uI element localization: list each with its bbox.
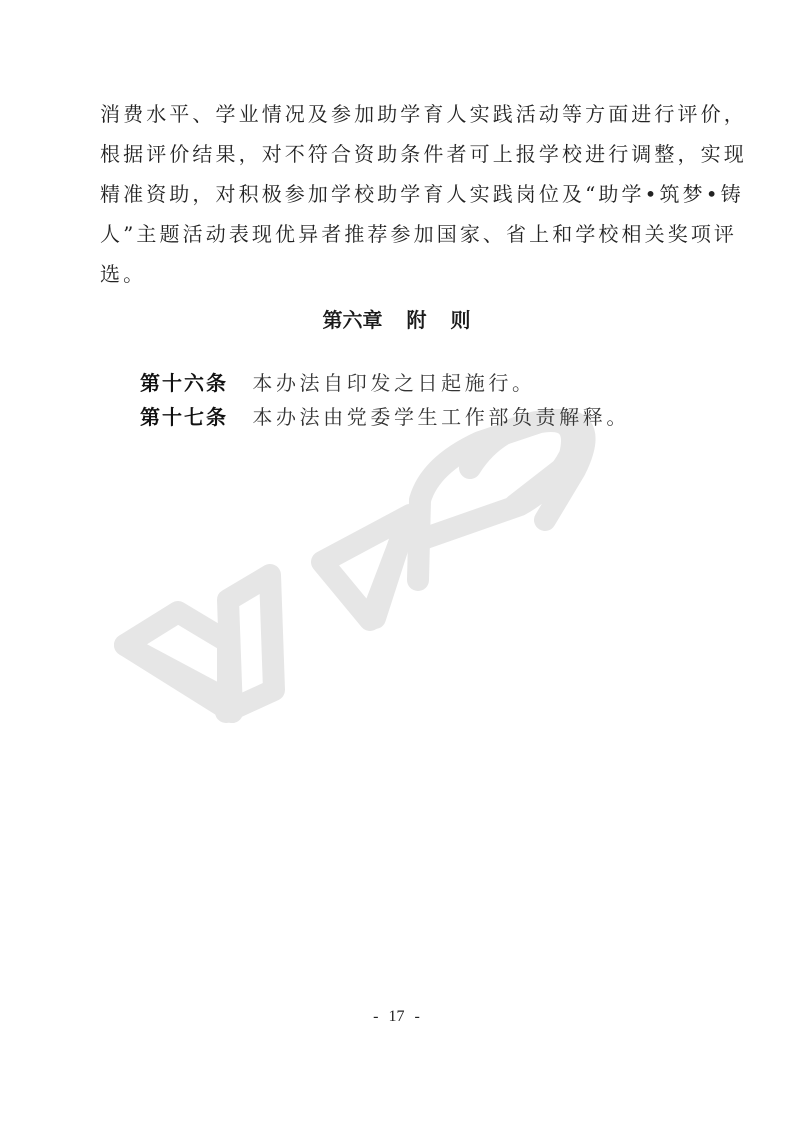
document-page: 消费水平、学业情况及参加助学育人实践活动等方面进行评价， 根据评价结果，对不符合… xyxy=(0,0,793,1122)
paragraph-line: 消费水平、学业情况及参加助学育人实践活动等方面进行评价， xyxy=(100,94,692,134)
chapter-number: 第六章 xyxy=(323,304,383,333)
article-16: 第十六条 本办法自印发之日起施行。 xyxy=(140,366,536,400)
chapter-title-part2: 则 xyxy=(451,304,471,333)
paragraph-line: 人”主题活动表现优异者推荐参加国家、省上和学校相关奖项评 xyxy=(100,214,692,254)
paragraph-continuation: 消费水平、学业情况及参加助学育人实践活动等方面进行评价， 根据评价结果，对不符合… xyxy=(100,94,692,294)
chapter-heading: 第六章附则 xyxy=(0,304,793,333)
article-number: 第十六条 xyxy=(140,366,246,400)
article-number: 第十七条 xyxy=(140,400,246,434)
chapter-title-part1: 附 xyxy=(407,304,427,333)
article-text: 本办法自印发之日起施行。 xyxy=(252,371,535,395)
paragraph-line: 根据评价结果，对不符合资助条件者可上报学校进行调整，实现 xyxy=(100,134,692,174)
article-text: 本办法由党委学生工作部负责解释。 xyxy=(252,405,630,429)
paragraph-line: 选。 xyxy=(100,254,692,294)
paragraph-line: 精准资助，对积极参加学校助学育人实践岗位及“助学•筑梦•铸 xyxy=(100,174,692,214)
article-17: 第十七条 本办法由党委学生工作部负责解释。 xyxy=(140,400,630,434)
page-number: - 17 - xyxy=(0,1008,793,1026)
